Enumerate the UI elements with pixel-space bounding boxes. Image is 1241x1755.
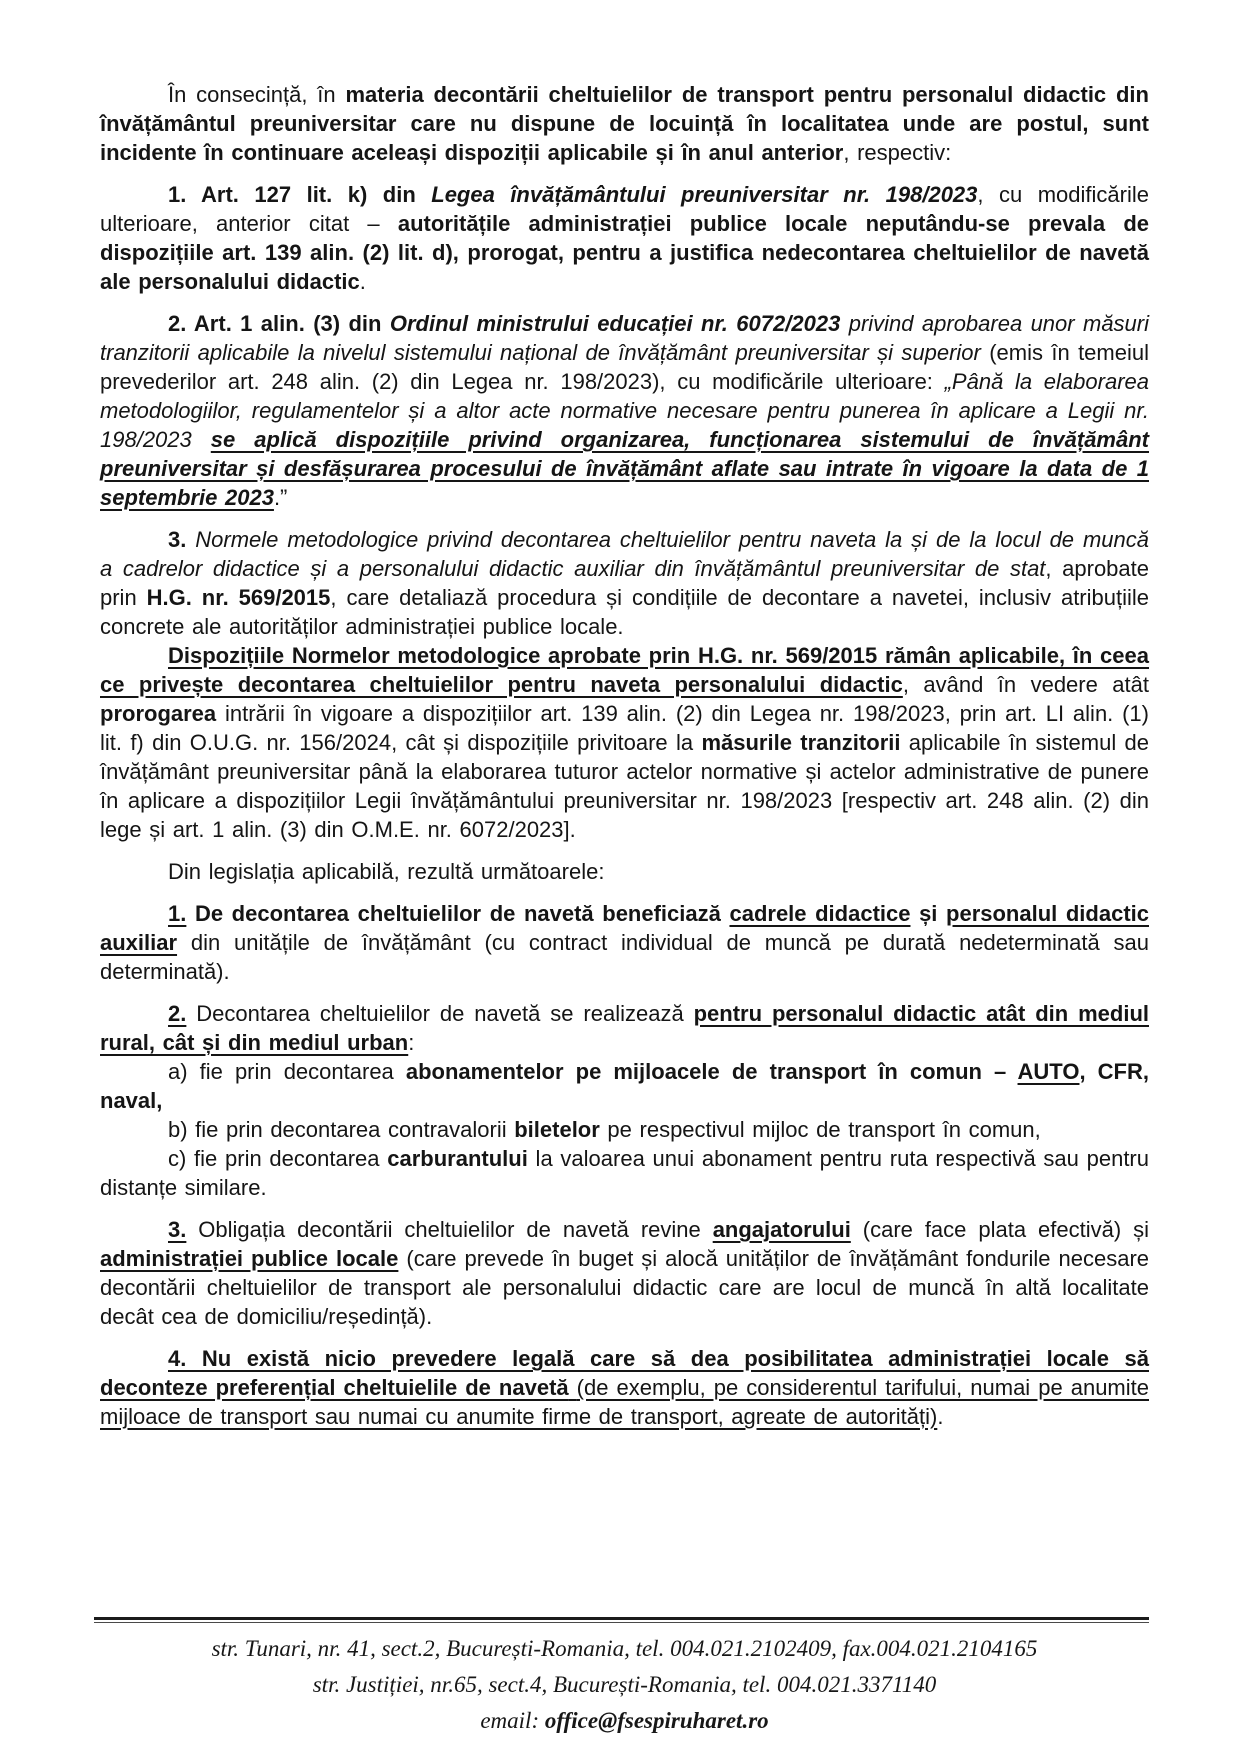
text-segment: H.G. nr. 569/2015 — [147, 585, 331, 610]
text-segment: Decontarea cheltuielilor de navetă se re… — [186, 1001, 693, 1026]
footer-address-1: str. Tunari, nr. 41, sect.2, București-R… — [100, 1631, 1149, 1667]
item-1-art-127: 1. Art. 127 lit. k) din Legea învățământ… — [100, 180, 1149, 296]
point-1-beneficiari: 1. De decontarea cheltuielilor de navetă… — [100, 899, 1149, 986]
text-segment — [569, 1375, 577, 1400]
text-segment: 1. — [168, 901, 186, 926]
text-segment: 3. — [168, 527, 195, 552]
point-2-litera-a: a) fie prin decontarea abonamentelor pe … — [100, 1057, 1149, 1115]
footer-address-2: str. Justiției, nr.65, sect.4, București… — [100, 1667, 1149, 1703]
para-din-legislatia: Din legislația aplicabilă, rezultă următ… — [100, 857, 1149, 886]
text-segment: b) fie prin decontarea contravalorii — [168, 1117, 514, 1142]
text-segment: str. Justiției, nr.65, sect.4, București… — [313, 1672, 937, 1697]
text-segment: , având în vedere atât — [903, 672, 1149, 697]
text-segment: str. Tunari, nr. 41, sect.2, București-R… — [212, 1636, 1038, 1661]
text-segment: office@fsespiruharet.ro — [545, 1708, 769, 1733]
text-segment: (care face plata efectivă) și — [851, 1217, 1149, 1242]
text-segment: prorogarea — [100, 701, 216, 726]
text-segment: carburantului — [387, 1146, 528, 1171]
point-3-obligatia: 3. Obligația decontării cheltuielilor de… — [100, 1215, 1149, 1331]
intro-paragraph: În consecință, în materia decontării che… — [100, 80, 1149, 167]
text-segment: : — [408, 1030, 414, 1055]
point-4-nicio-prevedere: 4. Nu există nicio prevedere legală care… — [100, 1344, 1149, 1431]
text-segment: 1. Art. 127 lit. k) din — [168, 182, 431, 207]
text-segment: c) fie prin decontarea — [168, 1146, 387, 1171]
footer-contact: str. Tunari, nr. 41, sect.2, București-R… — [100, 1631, 1149, 1739]
text-segment: din unitățile de învățământ (cu contract… — [100, 930, 1149, 984]
text-segment: În consecință, în — [168, 82, 345, 107]
text-segment: Obligația decontării cheltuielilor de na… — [186, 1217, 712, 1242]
text-segment: email: — [480, 1708, 545, 1733]
text-segment: abonamentelor pe mijloacele de transport… — [406, 1059, 1018, 1084]
text-segment: cadrele didactice — [729, 901, 910, 926]
item-2-art-1-ome: 2. Art. 1 alin. (3) din Ordinul ministru… — [100, 309, 1149, 512]
point-2-realizare: 2. Decontarea cheltuielilor de navetă se… — [100, 999, 1149, 1057]
text-segment: Ordinul ministrului educației nr. 6072/2… — [390, 311, 840, 336]
page-footer: str. Tunari, nr. 41, sect.2, București-R… — [100, 1609, 1149, 1739]
text-segment: angajatorului — [713, 1217, 851, 1242]
text-segment: și — [910, 901, 946, 926]
text-segment: 2. Art. 1 alin. (3) din — [168, 311, 390, 336]
text-segment — [840, 311, 848, 336]
text-segment: De decontarea cheltuielilor de navetă be… — [186, 901, 729, 926]
text-segment: administrației publice locale — [100, 1246, 398, 1271]
text-segment: 3. — [168, 1217, 186, 1242]
para-dispozitiile-raman-aplicabile: Dispozițiile Normelor metodologice aprob… — [100, 641, 1149, 844]
text-segment: , respectiv: — [843, 140, 951, 165]
text-segment: AUTO — [1018, 1059, 1080, 1084]
document-body: În consecință, în materia decontării che… — [100, 80, 1149, 1431]
text-segment: . — [360, 269, 366, 294]
text-segment: Din legislația aplicabilă, rezultă următ… — [168, 859, 604, 884]
text-segment: .” — [274, 485, 287, 510]
point-2-litera-c: c) fie prin decontarea carburantului la … — [100, 1144, 1149, 1202]
footer-separator — [94, 1617, 1149, 1623]
text-segment: biletelor — [514, 1117, 600, 1142]
text-segment: măsurile tranzitorii — [701, 730, 900, 755]
text-segment: a) fie prin decontarea — [168, 1059, 406, 1084]
item-3-norme-metodologice: 3. Normele metodologice privind decontar… — [100, 525, 1149, 641]
text-segment: Legea învățământului preuniversitar nr. … — [431, 182, 977, 207]
text-segment: se aplică dispozițiile privind organizar… — [100, 427, 1149, 510]
text-segment: . — [937, 1404, 943, 1429]
document-page: În consecință, în materia decontării che… — [0, 0, 1241, 1755]
text-segment: pe respectivul mijloc de transport în co… — [600, 1117, 1041, 1142]
point-2-litera-b: b) fie prin decontarea contravalorii bil… — [100, 1115, 1149, 1144]
footer-email: email: office@fsespiruharet.ro — [100, 1703, 1149, 1739]
text-segment: 2. — [168, 1001, 186, 1026]
text-segment: Normele metodologice privind decontarea … — [100, 527, 1149, 581]
